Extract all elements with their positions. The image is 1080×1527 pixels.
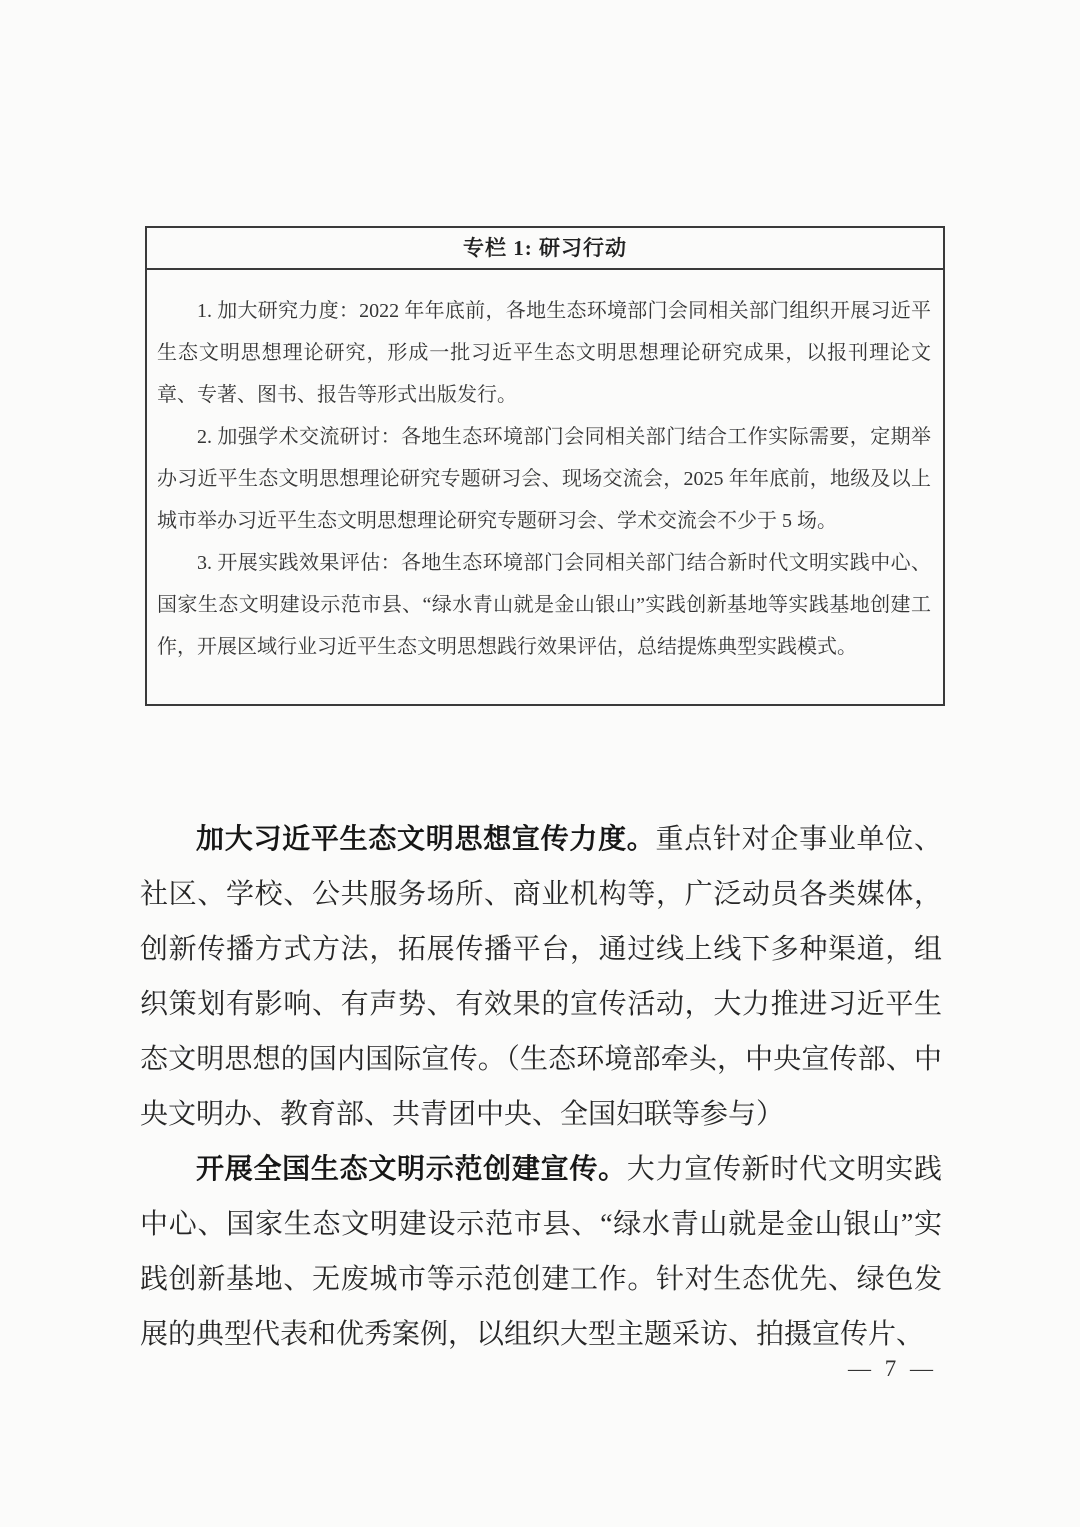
callout-box: 专栏 1: 研习行动 1. 加大研究力度：2022 年年底前，各地生态环境部门会… bbox=[145, 226, 945, 706]
document-page: 专栏 1: 研习行动 1. 加大研究力度：2022 年年底前，各地生态环境部门会… bbox=[0, 0, 1080, 1527]
callout-box-item: 1. 加大研究力度：2022 年年底前，各地生态环境部门会同相关部门组织开展习近… bbox=[157, 290, 931, 416]
paragraph-lead: 开展全国生态文明示范创建宣传。 bbox=[196, 1154, 627, 1185]
callout-box-item: 3. 开展实践效果评估：各地生态环境部门会同相关部门结合新时代文明实践中心、国家… bbox=[157, 542, 931, 668]
paragraph-text: 重点针对企事业单位、社区、学校、公共服务场所、商业机构等，广泛动员各类媒体，创新… bbox=[140, 824, 942, 1130]
body-paragraph: 开展全国生态文明示范创建宣传。大力宣传新时代文明实践中心、国家生态文明建设示范市… bbox=[140, 1142, 942, 1362]
page-number: — 7 — bbox=[848, 1356, 937, 1382]
body-text: 加大习近平生态文明思想宣传力度。重点针对企事业单位、社区、学校、公共服务场所、商… bbox=[140, 812, 942, 1362]
callout-box-title: 专栏 1: 研习行动 bbox=[147, 228, 943, 270]
callout-box-body: 1. 加大研究力度：2022 年年底前，各地生态环境部门会同相关部门组织开展习近… bbox=[147, 270, 943, 704]
body-paragraph: 加大习近平生态文明思想宣传力度。重点针对企事业单位、社区、学校、公共服务场所、商… bbox=[140, 812, 942, 1142]
callout-box-item: 2. 加强学术交流研讨：各地生态环境部门会同相关部门结合工作实际需要，定期举办习… bbox=[157, 416, 931, 542]
paragraph-lead: 加大习近平生态文明思想宣传力度。 bbox=[196, 824, 656, 855]
